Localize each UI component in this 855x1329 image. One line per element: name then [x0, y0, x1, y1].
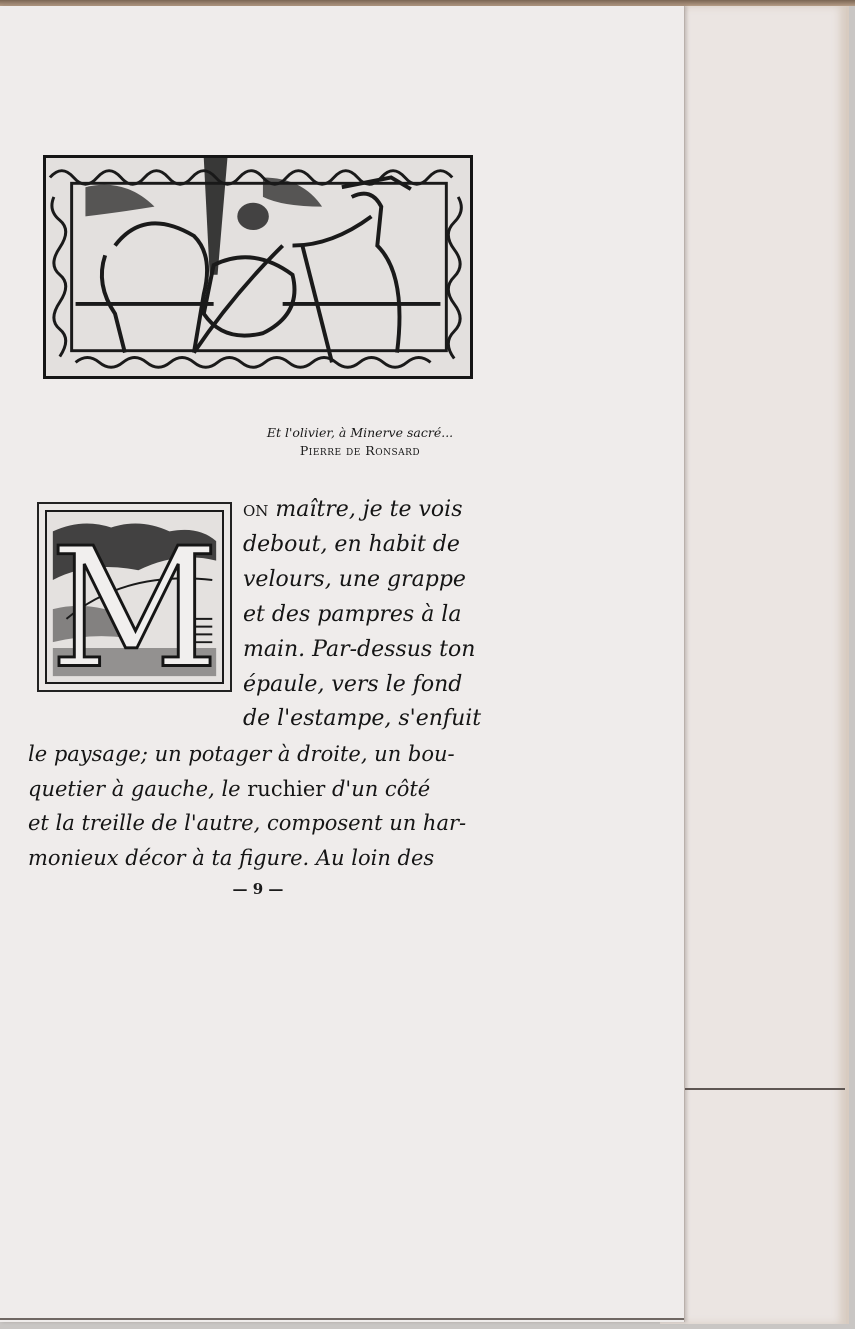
body-line-11: monieux décor à ta figure. Au loin des — [28, 843, 434, 873]
epigraph: Et l'olivier, à Minerve sacré... Pierre … — [230, 424, 490, 460]
dropcap-landscape-icon: M — [47, 512, 222, 682]
epigraph-quote: Et l'olivier, à Minerve sacré... — [230, 424, 490, 442]
page-number: — 9 — — [213, 880, 303, 898]
woodcut-engraving-icon — [46, 158, 470, 376]
body-line-2: debout, en habit de — [243, 530, 460, 560]
body-line-1: ON maître, je te vois — [243, 495, 463, 526]
svg-text:M: M — [50, 513, 219, 682]
body-line-7: de l'estampe, s'enfuit — [243, 704, 481, 734]
back-sheet — [660, 6, 849, 1324]
dropcap-initial: M — [37, 502, 232, 692]
woodcut-illustration — [43, 155, 473, 379]
page-bottom-edge — [0, 1318, 684, 1320]
body-line-9: quetier à gauche, le ruchier d'un côté — [28, 774, 430, 804]
body-line-6: épaule, vers le fond — [243, 670, 462, 700]
back-sheet-fold — [685, 1088, 845, 1090]
body-line-8: le paysage; un potager à droite, un bou- — [28, 739, 455, 769]
body-line-5: main. Par-dessus ton — [243, 635, 475, 665]
epigraph-author: Pierre de Ronsard — [230, 442, 490, 460]
body-line-10: et la treille de l'autre, composent un h… — [28, 808, 466, 838]
body-line-3: velours, une grappe — [243, 565, 466, 595]
body-line-4: et des pampres à la — [243, 600, 461, 630]
